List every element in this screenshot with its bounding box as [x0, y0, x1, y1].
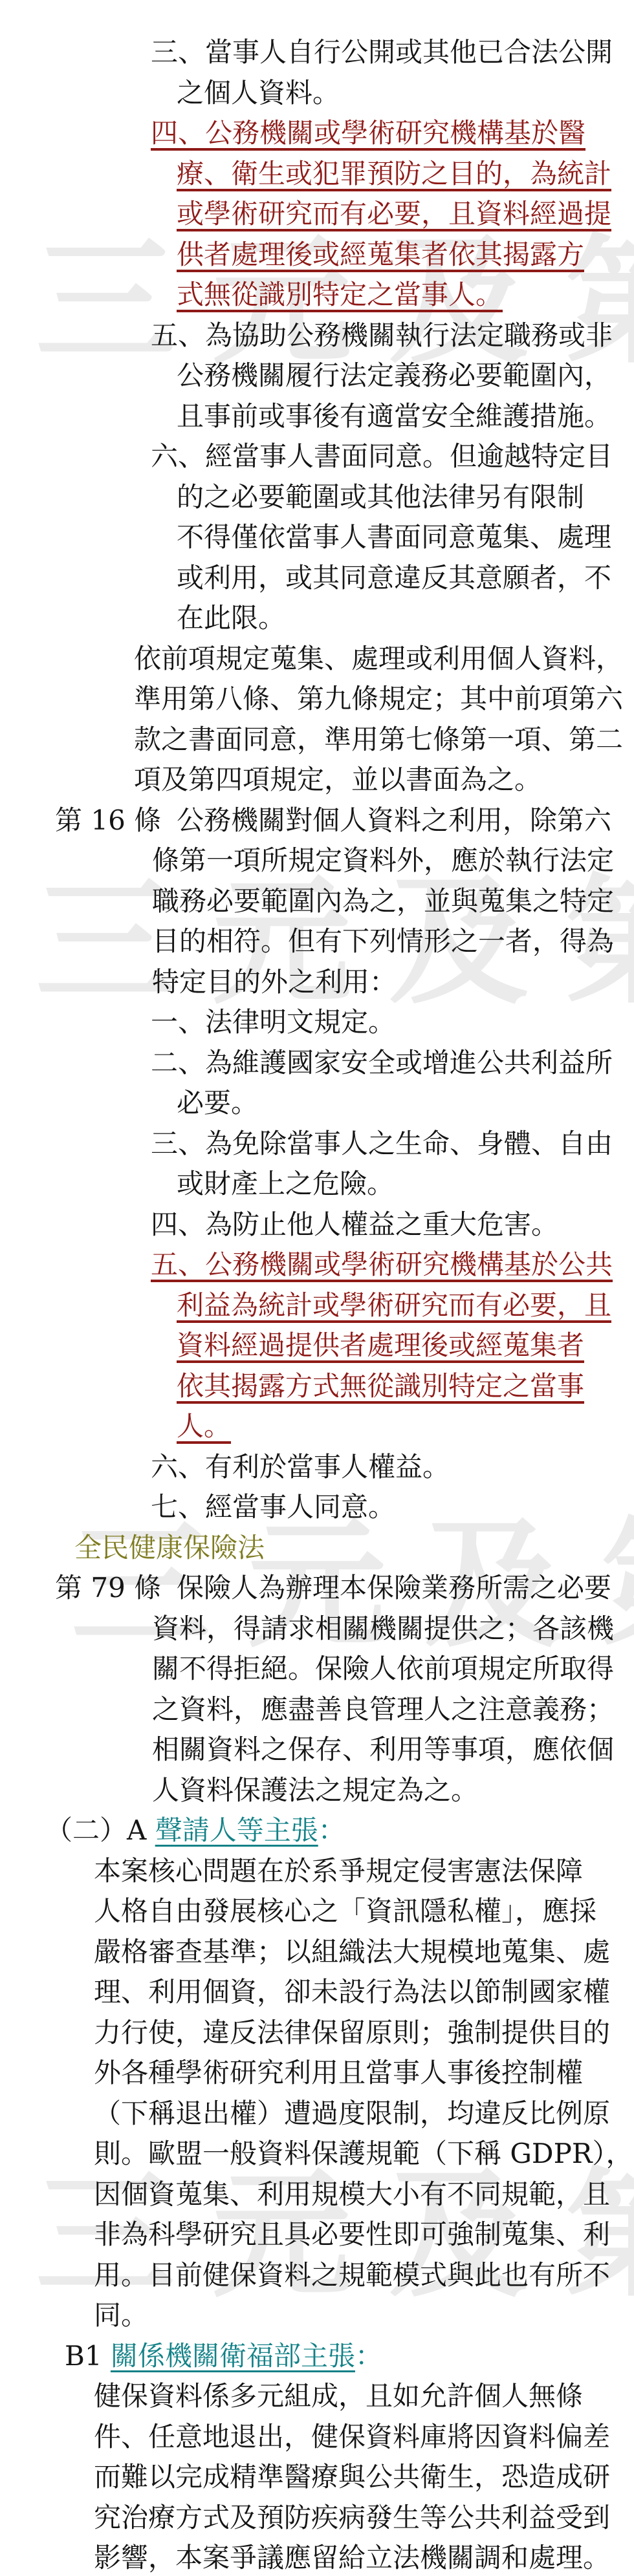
text-segment: 公務機關履行法定義務必要範圍內，	[177, 360, 611, 391]
pdpa-art6-para2: 依前項規定蒐集、處理或利用個人資料，	[134, 639, 634, 680]
doc-line: 因個資蒐集、利用規模大小有不同規範，且	[94, 2174, 634, 2215]
doc-line: 資料經過提供者處理後或經蒐集者	[177, 1326, 634, 1366]
document-body: 三、當事人自行公開或其他已合法公開之個人資料。四、公務機關或學術研究機構基於醫療…	[0, 32, 634, 2576]
doc-line: 人。	[177, 1406, 634, 1447]
emphasized-text: 供者處理後或經蒐集者依其揭露方	[177, 239, 584, 270]
doc-line: 關不得拒絕。保險人依前項規定所取得	[152, 1649, 634, 1690]
doc-line: 資料，得請求相關機關提供之；各該機	[152, 1609, 634, 1649]
doc-line: 相關資料之保存、利用等事項，應依個	[152, 1730, 634, 1770]
text-segment: 用。目前健保資料之規範模式與此也有所不	[94, 2259, 610, 2291]
text-segment: 六、經當事人書面同意。但逾越特定目	[151, 440, 613, 472]
pdpa-art16-item5-emphasized: 五、公務機關或學術研究機構基於公共	[151, 1245, 634, 1285]
text-segment: 非為科學研究且具必要性即可強制蒐集、利	[94, 2218, 610, 2250]
pdpa-art6-item5: 五、為協助公務機關執行法定職務或非	[151, 316, 634, 356]
doc-line: 或利用，或其同意違反其意願者，不	[177, 558, 634, 599]
text-segment: 公務機關對個人資料之利用，除第六	[177, 804, 611, 836]
text-segment: 資料，得請求相關機關提供之；各該機	[152, 1613, 614, 1644]
pdpa-art16-item1: 一、法律明文規定。	[151, 1002, 634, 1043]
emphasized-text: 四、公務機關或學術研究機構基於醫	[151, 117, 585, 149]
emphasized-text: 人。	[177, 1410, 231, 1442]
text-segment: 三、為免除當事人之生命、身體、自由	[151, 1128, 613, 1159]
text-segment: 則。歐盟一般資料保護規範（下稱 GDPR），	[94, 2138, 633, 2169]
doc-line: （下稱退出權）遭過度限制，均違反比例原	[94, 2094, 634, 2134]
pdpa-art16-item4: 四、為防止他人權益之重大危害。	[151, 1205, 634, 1245]
text-segment: 特定目的外之利用：	[152, 966, 397, 998]
text-segment: 關不得拒絕。保險人依前項規定所取得	[152, 1653, 614, 1684]
doc-line: 療、衛生或犯罪預防之目的，為統計	[177, 154, 634, 195]
doc-line: 同。	[94, 2295, 634, 2336]
text-segment: 項及第四項規定，並以書面為之。	[134, 764, 541, 795]
petitioner-argument: 本案核心問題在於系爭規定侵害憲法保障	[94, 1851, 634, 1892]
pdpa-art16-item6: 六、有利於當事人權益。	[151, 1447, 634, 1488]
text-segment: 不得僅依當事人書面同意蒐集、處理	[177, 521, 611, 553]
emphasized-text: 利益為統計或學術研究而有必要，且	[177, 1289, 611, 1321]
emphasized-text: 五、公務機關或學術研究機構基於公共	[151, 1249, 613, 1280]
emphasized-text: 式無從識別特定之當事人。	[177, 279, 503, 310]
doc-line: 公務機關履行法定義務必要範圍內，	[177, 356, 634, 396]
emphasized-text: 或學術研究而有必要，且資料經過提	[177, 198, 611, 230]
law-title-nhia: 全民健康保險法	[74, 1528, 634, 1569]
mohw-argument: 健保資料係多元組成，且如允許個人無條	[94, 2376, 634, 2417]
text-segment: 之資料，應盡善良管理人之注意義務；	[152, 1693, 614, 1725]
text-segment: 外各種學術研究利用且當事人事後控制權	[94, 2057, 583, 2088]
text-segment: 之個人資料。	[177, 77, 340, 109]
doc-line: 影響，本案爭議應留給立法機關調和處理。	[94, 2538, 634, 2576]
text-segment: 四、為防止他人權益之重大危害。	[151, 1208, 558, 1240]
doc-line: 用。目前健保資料之規範模式與此也有所不	[94, 2255, 634, 2296]
text-segment: 條第一項所規定資料外，應於執行法定	[152, 844, 614, 876]
text-segment: ：	[355, 2340, 382, 2372]
doc-line: 究治療方式及預防疾病發生等公共利益受到	[94, 2498, 634, 2538]
doc-line: 人資料保護法之規定為之。	[152, 1770, 634, 1811]
doc-line: 不得僅依當事人書面同意蒐集、處理	[177, 517, 634, 558]
text-segment: ：	[318, 1814, 345, 1846]
text-segment: 在此限。	[177, 602, 285, 634]
emphasized-text: 資料經過提供者處理後或經蒐集者	[177, 1329, 584, 1361]
doc-line: 力行使，違反法律保留原則；強制提供目的	[94, 2013, 634, 2054]
text-segment: 二、為維護國家安全或增進公共利益所	[151, 1047, 613, 1079]
doc-line: 之個人資料。	[177, 73, 634, 114]
text-segment: （二）A	[45, 1814, 155, 1846]
text-segment: 準用第八條、第九條規定；其中前項第六	[134, 683, 623, 714]
emphasized-text: 療、衛生或犯罪預防之目的，為統計	[177, 158, 611, 189]
text-segment: 人格自由發展核心之「資訊隱私權」，應採	[94, 1895, 596, 1927]
text-segment: 必要。	[177, 1087, 258, 1119]
emphasized-text: 依其揭露方式無從識別特定之當事	[177, 1370, 584, 1402]
text-segment: 相關資料之保存、利用等事項，應依個	[152, 1733, 614, 1765]
text-segment: B1	[65, 2340, 111, 2372]
text-segment: 嚴格審查基準；以組織法大規模地蒐集、處	[94, 1936, 610, 1968]
text-segment: 七、經當事人同意。	[151, 1491, 395, 1523]
doc-line: 特定目的外之利用：	[152, 962, 634, 1003]
text-segment: 依前項規定蒐集、處理或利用個人資料，	[134, 643, 623, 674]
text-segment: 件、任意地退出，健保資料庫將因資料偏差	[94, 2421, 610, 2453]
text-segment: 或利用，或其同意違反其意願者，不	[177, 562, 611, 594]
doc-line: 之資料，應盡善良管理人之注意義務；	[152, 1690, 634, 1730]
text-segment: 而難以完成精準醫療與公共衛生，恐造成研	[94, 2461, 610, 2493]
nhia-article-79-header: 第 79 條保險人為辦理本保險業務所需之必要	[55, 1568, 634, 1609]
doc-line: 供者處理後或經蒐集者依其揭露方	[177, 235, 634, 275]
text-segment: 三、當事人自行公開或其他已合法公開	[151, 36, 613, 68]
text-segment: 一、法律明文規定。	[151, 1006, 395, 1038]
text-segment: 且事前或事後有適當安全維護措施。	[177, 400, 611, 432]
doc-line: 理、利用個資，卻未設行為法以節制國家權	[94, 1972, 634, 2013]
text-segment: （下稱退出權）遭過度限制，均違反比例原	[94, 2098, 610, 2129]
text-segment: 人資料保護法之規定為之。	[152, 1774, 478, 1806]
text-segment: 款之書面同意，準用第七條第一項、第二	[134, 724, 623, 755]
doc-line: 條第一項所規定資料外，應於執行法定	[152, 841, 634, 881]
doc-line: 目的相符。但有下列情形之一者，得為	[152, 921, 634, 962]
text-segment: 保險人為辦理本保險業務所需之必要	[177, 1572, 611, 1604]
doc-line: 必要。	[177, 1083, 634, 1124]
text-segment: 五、為協助公務機關執行法定職務或非	[151, 319, 613, 351]
doc-line: 人格自由發展核心之「資訊隱私權」，應採	[94, 1891, 634, 1932]
pdpa-article-16-header: 第 16 條公務機關對個人資料之利用，除第六	[55, 800, 634, 841]
doc-line: 非為科學研究且具必要性即可強制蒐集、利	[94, 2215, 634, 2255]
doc-line: 件、任意地退出，健保資料庫將因資料偏差	[94, 2417, 634, 2458]
doc-line: 式無從識別特定之當事人。	[177, 275, 634, 316]
text-segment: 影響，本案爭議應留給立法機關調和處理。	[94, 2542, 610, 2573]
doc-line: 而難以完成精準醫療與公共衛生，恐造成研	[94, 2457, 634, 2498]
doc-line: 則。歐盟一般資料保護規範（下稱 GDPR），	[94, 2134, 634, 2174]
pdpa-art16-item2: 二、為維護國家安全或增進公共利益所	[151, 1043, 634, 1084]
doc-line: 項及第四項規定，並以書面為之。	[134, 760, 634, 800]
pdpa-art16-item3: 三、為免除當事人之生命、身體、自由	[151, 1124, 634, 1165]
text-segment: 全民健康保險法	[74, 1532, 265, 1563]
text-segment: 或財產上之危險。	[177, 1168, 394, 1199]
text-segment: 理、利用個資，卻未設行為法以節制國家權	[94, 1976, 610, 2008]
text-segment: 因個資蒐集、利用規模大小有不同規範，且	[94, 2178, 610, 2210]
text-segment: 第 16 條	[55, 800, 177, 841]
text-segment: 同。	[94, 2299, 148, 2331]
text-segment: 力行使，違反法律保留原則；強制提供目的	[94, 2017, 610, 2048]
pdpa-art6-item3: 三、當事人自行公開或其他已合法公開	[151, 32, 634, 73]
text-segment: 職務必要範圍內為之，並與蒐集之特定	[152, 885, 614, 917]
doc-line: 的之必要範圍或其他法律另有限制	[177, 477, 634, 518]
doc-line: 款之書面同意，準用第七條第一項、第二	[134, 720, 634, 760]
doc-line: 且事前或事後有適當安全維護措施。	[177, 396, 634, 437]
text-segment: 的之必要範圍或其他法律另有限制	[177, 481, 584, 513]
link-mohw-claims[interactable]: 關係機關衛福部主張	[111, 2340, 355, 2372]
doc-line: 職務必要範圍內為之，並與蒐集之特定	[152, 881, 634, 922]
link-petitioner-claims[interactable]: 聲請人等主張	[155, 1814, 318, 1846]
doc-line: 在此限。	[177, 598, 634, 639]
document-page: 三元及第三元及第三元及第三元及第 三、當事人自行公開或其他已合法公開之個人資料。…	[0, 0, 634, 2576]
doc-line: 準用第八條、第九條規定；其中前項第六	[134, 679, 634, 720]
section-2-a-header: （二）A 聲請人等主張：	[45, 1810, 634, 1851]
text-segment: 六、有利於當事人權益。	[151, 1451, 450, 1483]
text-segment: 第 79 條	[55, 1568, 177, 1609]
doc-line: 或學術研究而有必要，且資料經過提	[177, 194, 634, 235]
section-b1-header: B1 關係機關衛福部主張：	[65, 2336, 634, 2377]
pdpa-art16-item7: 七、經當事人同意。	[151, 1487, 634, 1528]
text-segment: 究治療方式及預防疾病發生等公共利益受到	[94, 2502, 610, 2533]
doc-line: 依其揭露方式無從識別特定之當事	[177, 1366, 634, 1407]
doc-line: 或財產上之危險。	[177, 1164, 634, 1205]
text-segment: 本案核心問題在於系爭規定侵害憲法保障	[94, 1855, 583, 1887]
doc-line: 外各種學術研究利用且當事人事後控制權	[94, 2053, 634, 2094]
pdpa-art6-item4-emphasized: 四、公務機關或學術研究機構基於醫	[151, 113, 634, 154]
text-segment: 目的相符。但有下列情形之一者，得為	[152, 925, 614, 957]
pdpa-art6-item6: 六、經當事人書面同意。但逾越特定目	[151, 436, 634, 477]
text-segment: 健保資料係多元組成，且如允許個人無條	[94, 2380, 583, 2412]
doc-line: 利益為統計或學術研究而有必要，且	[177, 1285, 634, 1326]
doc-line: 嚴格審查基準；以組織法大規模地蒐集、處	[94, 1932, 634, 1973]
